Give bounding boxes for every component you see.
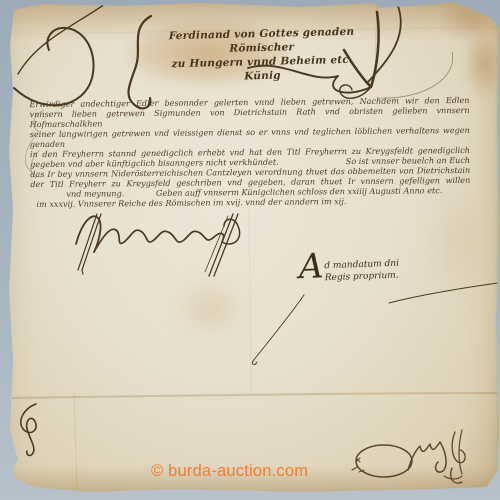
watermark-text: © burda-auction.com [151, 462, 308, 481]
heading-line-2: zu Hungern vnnd Beheim etc. Künig [171, 54, 353, 83]
auction-photo: Ferdinand von Gottes genaden Römischer z… [0, 0, 500, 500]
secretarial-note: Ad mandatum dni Regis proprium. [299, 258, 420, 285]
letter-body: Erwirdiger andechtiger Edler besonnder g… [29, 96, 470, 210]
heading-line-1: Ferdinand von Gottes genaden Römischer [169, 26, 355, 55]
letter-heading: Ferdinand von Gottes genaden Römischer z… [156, 24, 367, 85]
manuscript-paper: Ferdinand von Gottes genaden Römischer z… [0, 0, 500, 500]
paper-stain-center [172, 276, 248, 340]
